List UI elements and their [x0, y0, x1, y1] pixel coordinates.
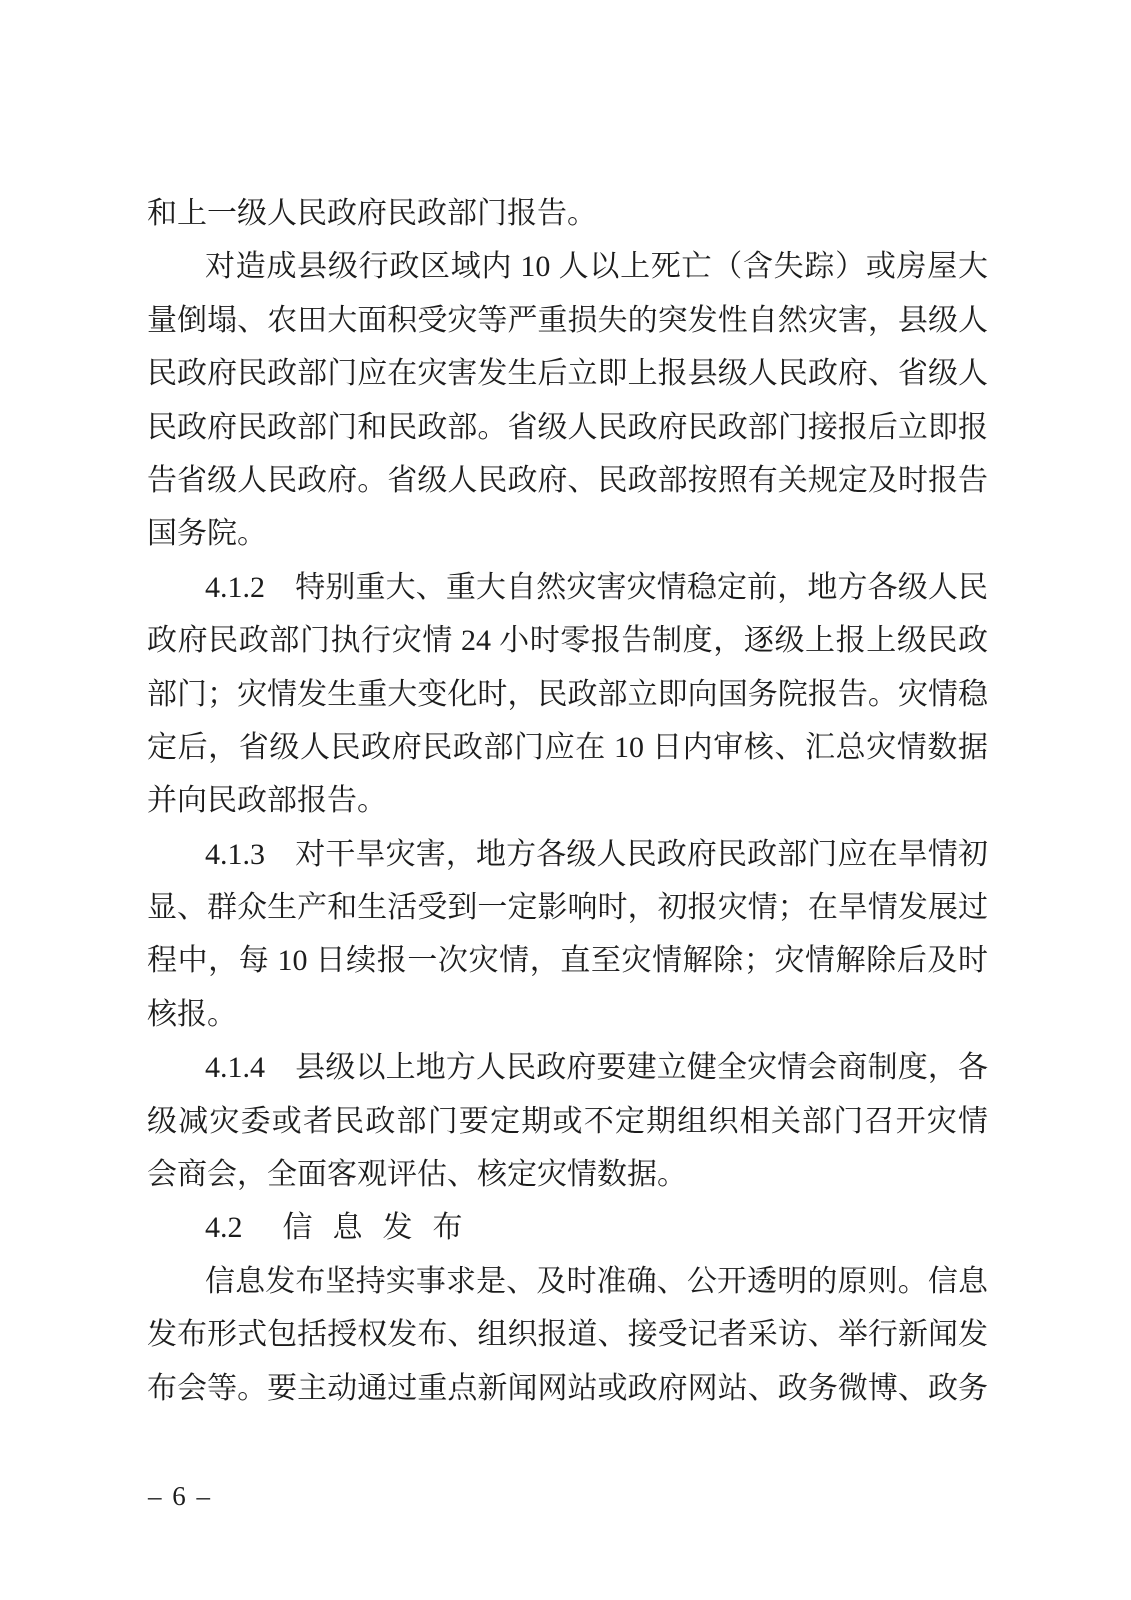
text-line: 国务院。: [147, 507, 988, 560]
text-line: 并向民政部报告。: [147, 774, 988, 827]
text-line: 告省级人民政府。省级人民政府、民政部按照有关规定及时报告: [147, 454, 988, 507]
text-line: 民政府民政部门和民政部。省级人民政府民政部门接报后立即报: [147, 401, 988, 454]
text-line: 级减灾委或者民政部门要定期或不定期组织相关部门召开灾情: [147, 1095, 988, 1148]
section-heading: 4.2信息发布: [147, 1201, 988, 1254]
text-line: 部门；灾情发生重大变化时，民政部立即向国务院报告。灾情稳: [147, 668, 988, 721]
text-line: 程中，每 10 日续报一次灾情，直至灾情解除；灾情解除后及时: [147, 934, 988, 987]
text-line: 4.1.3 对干旱灾害，地方各级人民政府民政部门应在旱情初: [147, 828, 988, 881]
text-line: 4.1.2 特别重大、重大自然灾害灾情稳定前，地方各级人民: [147, 561, 988, 614]
document-page: 和上一级人民政府民政部门报告。对造成县级行政区域内 10 人以上死亡（含失踪）或…: [0, 0, 1131, 1600]
text-line: 发布形式包括授权发布、组织报道、接受记者采访、举行新闻发: [147, 1308, 988, 1361]
section-number: 4.2: [205, 1211, 243, 1244]
text-line: 显、群众生产和生活受到一定影响时，初报灾情；在旱情发展过: [147, 881, 988, 934]
page-footer: – 6 –: [148, 1478, 212, 1514]
text-line: 核报。: [147, 988, 988, 1041]
text-line: 4.1.4 县级以上地方人民政府要建立健全灾情会商制度，各: [147, 1041, 988, 1094]
text-line: 量倒塌、农田大面积受灾等严重损失的突发性自然灾害，县级人: [147, 294, 988, 347]
text-line: 政府民政部门执行灾情 24 小时零报告制度，逐级上报上级民政: [147, 614, 988, 667]
section-title: 信息发布: [283, 1211, 483, 1244]
page-number: – 6 –: [148, 1481, 212, 1511]
text-line: 对造成县级行政区域内 10 人以上死亡（含失踪）或房屋大: [147, 240, 988, 293]
text-line: 民政府民政部门应在灾害发生后立即上报县级人民政府、省级人: [147, 347, 988, 400]
text-line: 定后，省级人民政府民政部门应在 10 日内审核、汇总灾情数据: [147, 721, 988, 774]
text-line: 会商会，全面客观评估、核定灾情数据。: [147, 1148, 988, 1201]
text-line: 和上一级人民政府民政部门报告。: [147, 187, 988, 240]
text-line: 信息发布坚持实事求是、及时准确、公开透明的原则。信息: [147, 1255, 988, 1308]
text-line: 布会等。要主动通过重点新闻网站或政府网站、政务微博、政务: [147, 1362, 988, 1415]
document-body: 和上一级人民政府民政部门报告。对造成县级行政区域内 10 人以上死亡（含失踪）或…: [147, 187, 988, 1415]
